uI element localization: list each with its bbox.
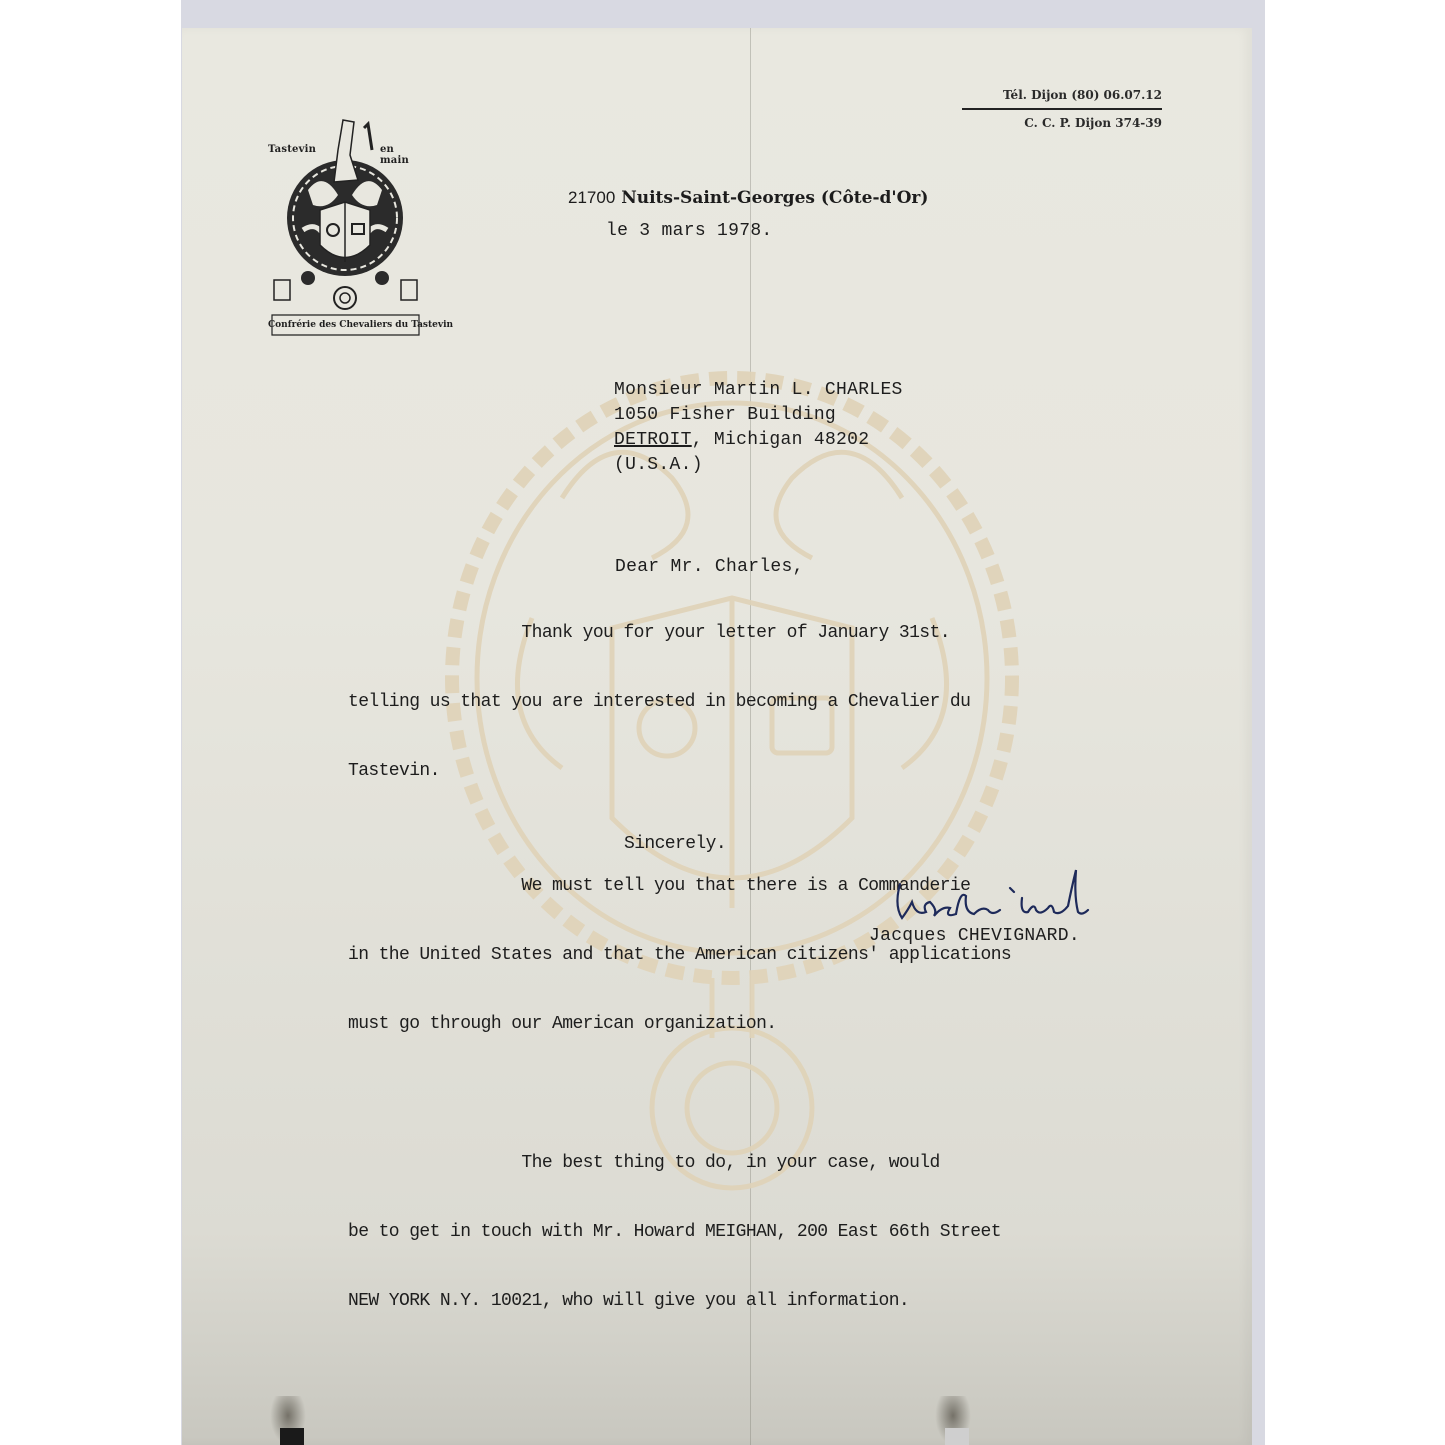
crest-motto-left: Tastevin — [268, 144, 316, 155]
paragraph-line: must go through our American organizatio… — [348, 1013, 1228, 1036]
paragraph-2: We must tell you that there is a Command… — [348, 829, 1228, 1082]
recipient-city: DETROIT — [614, 430, 692, 450]
recipient-street: 1050 Fisher Building — [614, 403, 903, 428]
recipient-state-zip: , Michigan 48202 — [692, 430, 870, 450]
paragraph-line: Tastevin. — [348, 760, 1228, 783]
paragraph-line: The best thing to do, in your case, woul… — [348, 1152, 1228, 1175]
salutation: Dear Mr. Charles, — [615, 556, 804, 578]
letterhead-contact: Tél. Dijon (80) 06.07.12 C. C. P. Dijon … — [962, 88, 1162, 130]
letter-body: Thank you for your letter of January 31s… — [348, 576, 1228, 1359]
paper-clip-left — [280, 1428, 304, 1445]
paragraph-line: NEW YORK N.Y. 10021, who will give you a… — [348, 1290, 1228, 1313]
paragraph-line: We must tell you that there is a Command… — [348, 875, 1228, 898]
paragraph-line: telling us that you are interested in be… — [348, 691, 1228, 714]
letter-date: le 3 mars 1978. — [606, 220, 773, 242]
crest-banner-text: Confrérie des Chevaliers du Tastevin — [268, 320, 423, 330]
recipient-address: Monsieur Martin L. CHARLES1050 Fisher Bu… — [614, 378, 903, 478]
postal-account: C. C. P. Dijon 374-39 — [962, 110, 1162, 130]
closing: Sincerely. — [624, 834, 726, 854]
paragraph-line: Thank you for your letter of January 31s… — [348, 622, 1228, 645]
paper-clip-right — [945, 1428, 969, 1445]
letterhead-location: 21700 Nuits-Saint-Georges (Côte-d'Or) — [568, 188, 928, 208]
recipient-city-line: DETROIT, Michigan 48202 — [614, 428, 903, 453]
location-region: (Côte-d'Or) — [821, 188, 929, 208]
paragraph-line: in the United States and that the Americ… — [348, 944, 1228, 967]
paragraph-line: be to get in touch with Mr. Howard MEIGH… — [348, 1221, 1228, 1244]
paragraph-1: Thank you for your letter of January 31s… — [348, 576, 1228, 829]
letter-page: Tastevin en main Confrérie des Chevalier… — [182, 28, 1252, 1445]
signer-name: Jacques CHEVIGNARD. — [869, 925, 1080, 947]
phone-number: Tél. Dijon (80) 06.07.12 — [962, 88, 1162, 110]
location-zip: 21700 — [568, 188, 615, 207]
recipient-name: Monsieur Martin L. CHARLES — [614, 378, 903, 403]
confrerie-crest: Tastevin en main Confrérie des Chevalier… — [268, 110, 423, 340]
paragraph-3: The best thing to do, in your case, woul… — [348, 1106, 1228, 1359]
crest-motto-right: en main — [380, 144, 423, 166]
handwritten-signature-icon — [882, 866, 1092, 926]
location-town: Nuits-Saint-Georges — [621, 188, 815, 208]
recipient-country: (U.S.A.) — [614, 453, 903, 478]
